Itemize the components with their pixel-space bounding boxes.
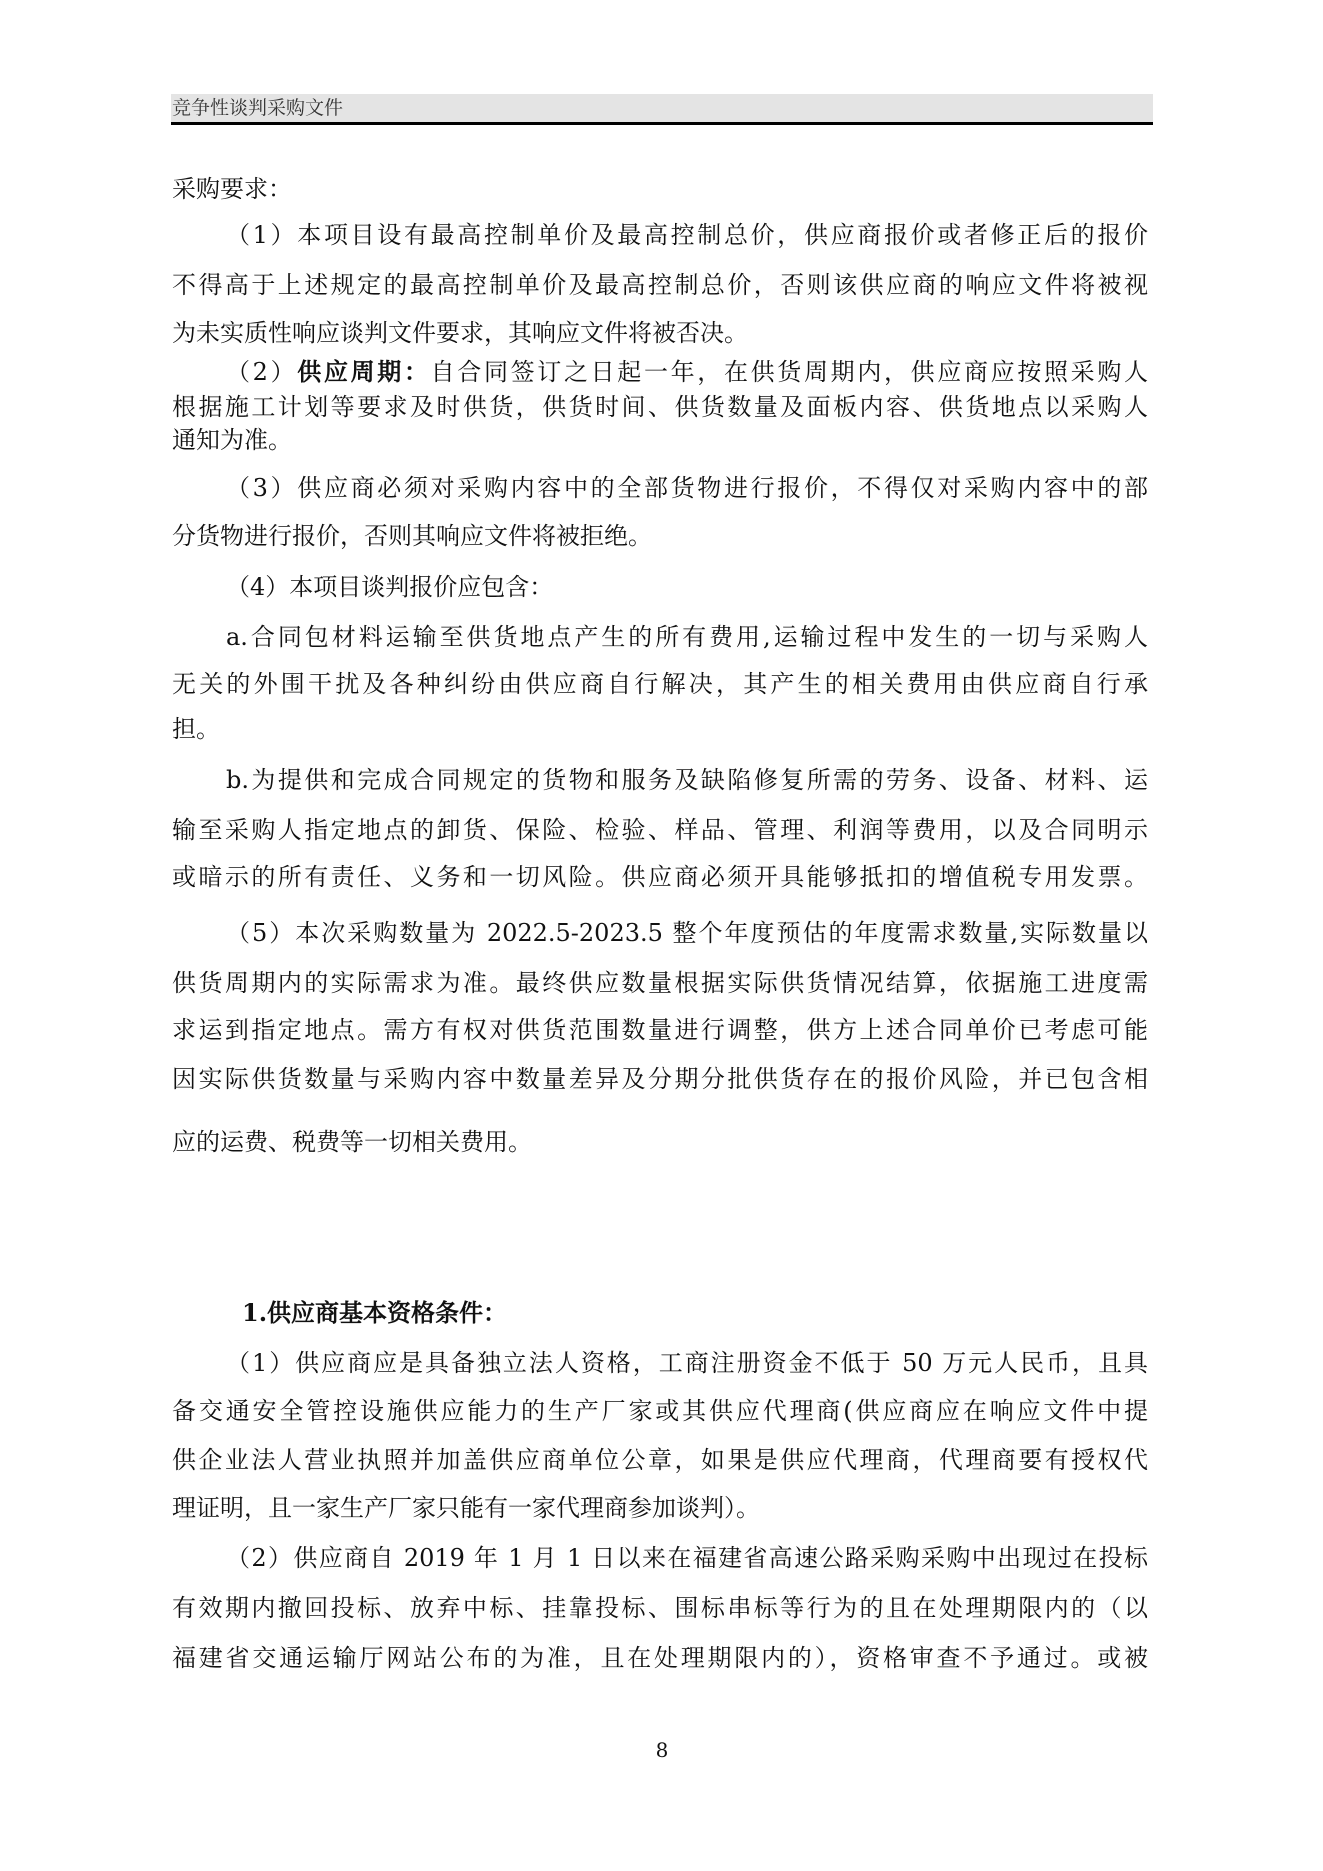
paragraph-line: （1）供应商应是具备独立法人资格，工商注册资金不低于 50 万元人民币，且具 [226,1347,1148,1379]
supply-period-text: 自合同签订之日起一年，在供货周期内，供应商应按照采购人 [431,358,1148,386]
paragraph-line: 有效期内撤回投标、放弃中标、挂靠投标、围标串标等行为的且在处理期限内的（以 [172,1592,1148,1624]
paragraph-line: 通知为准。 [172,424,1148,456]
supply-period-label: 供应周期： [297,357,430,386]
paragraph-line: 或暗示的所有责任、义务和一切风险。供应商必须开具能够抵扣的增值税专用发票。 [172,861,1148,893]
paragraph-line: 备交通安全管控设施供应能力的生产厂家或其供应代理商(供应商应在响应文件中提 [172,1395,1148,1427]
paragraph-line: 供企业法人营业执照并加盖供应商单位公章，如果是供应代理商，代理商要有授权代 [172,1444,1148,1476]
paragraph-line: a.合同包材料运输至供货地点产生的所有费用,运输过程中发生的一切与采购人 [226,621,1148,653]
paragraph-line: （2）供应商自 2019 年 1 月 1 日以来在福建省高速公路采购采购中出现过… [226,1542,1148,1574]
paragraph-line: 输至采购人指定地点的卸货、保险、检验、样品、管理、利润等费用，以及合同明示 [172,814,1148,846]
paragraph-line: 福建省交通运输厅网站公布的为准，且在处理期限内的），资格审查不予通过。或被 [172,1642,1148,1674]
paragraph-line: 因实际供货数量与采购内容中数量差异及分期分批供货存在的报价风险，并已包含相 [172,1063,1148,1095]
paragraph-line: 为未实质性响应谈判文件要求，其响应文件将被否决。 [172,317,1148,349]
paragraph-line: 不得高于上述规定的最高控制单价及最高控制总价，否则该供应商的响应文件将被视 [172,269,1148,301]
paragraph-line: 求运到指定地点。需方有权对供货范围数量进行调整，供方上述合同单价已考虑可能 [172,1014,1148,1046]
page-number: 8 [652,1738,672,1762]
paragraph-line: （4）本项目谈判报价应包含： [226,571,1148,603]
paragraph-line: b.为提供和完成合同规定的货物和服务及缺陷修复所需的劳务、设备、材料、运 [226,764,1148,796]
paragraph-line: 担。 [172,713,1148,745]
header-rule [171,122,1153,125]
paragraph-line: 根据施工计划等要求及时供货，供货时间、供货数量及面板内容、供货地点以采购人 [172,391,1148,423]
item-prefix: （2） [226,358,297,386]
paragraph-line: 无关的外围干扰及各种纠纷由供应商自行解决，其产生的相关费用由供应商自行承 [172,668,1148,700]
paragraph-line: （5）本次采购数量为 2022.5-2023.5 整个年度预估的年度需求数量,实… [226,917,1148,949]
paragraph-line: 理证明，且一家生产厂家只能有一家代理商参加谈判）。 [172,1492,1148,1524]
document-title: 竞争性谈判采购文件 [172,96,343,120]
paragraph-line-supply-period: （2）供应周期：自合同签订之日起一年，在供货周期内，供应商应按照采购人 [226,356,1148,388]
paragraph-line: 分货物进行报价，否则其响应文件将被拒绝。 [172,520,1148,552]
paragraph-line: 应的运费、税费等一切相关费用。 [172,1126,1148,1158]
paragraph-line: 供货周期内的实际需求为准。最终供应数量根据实际供货情况结算，依据施工进度需 [172,967,1148,999]
paragraph-line: （3）供应商必须对采购内容中的全部货物进行报价，不得仅对采购内容中的部 [226,472,1148,504]
qualification-heading: 1.供应商基本资格条件： [242,1297,507,1329]
paragraph-line: （1）本项目设有最高控制单价及最高控制总价，供应商报价或者修正后的报价 [226,219,1148,251]
section-title: 采购要求： [172,173,1148,205]
